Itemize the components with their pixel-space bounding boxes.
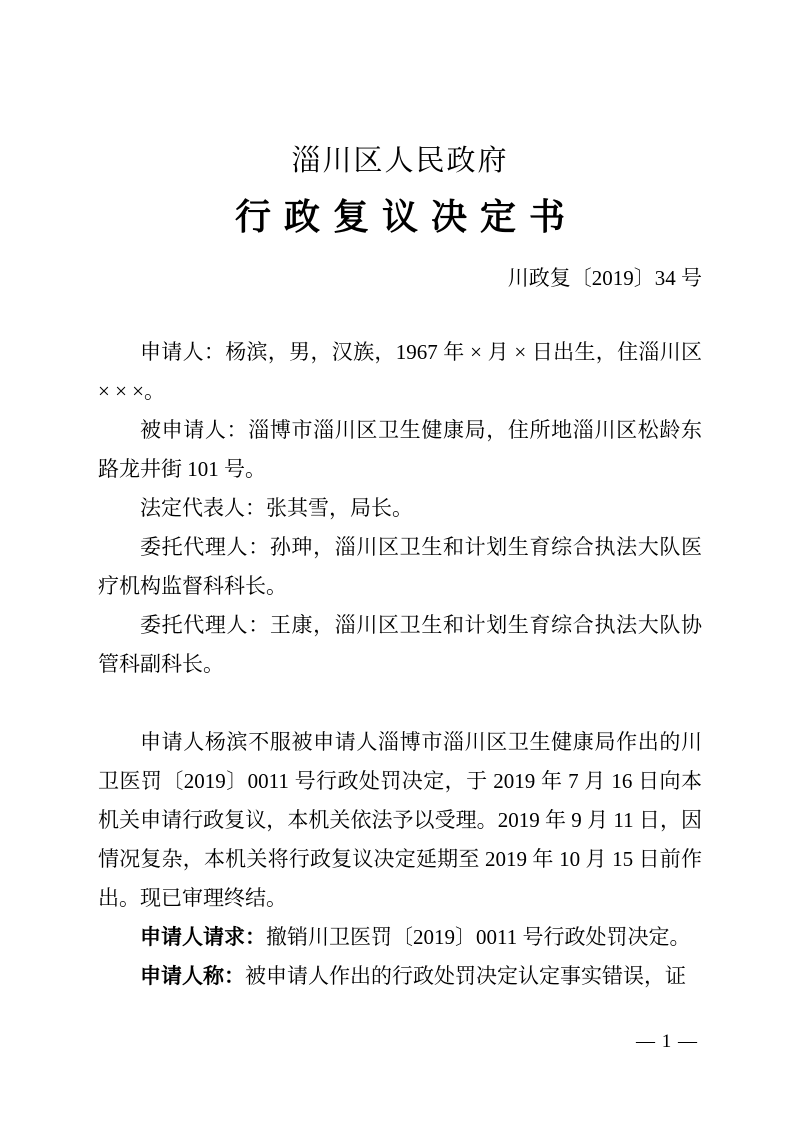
document-number: 川政复〔2019〕34 号 — [98, 263, 702, 293]
document-content: 淄川区人民政府 行政复议决定书 川政复〔2019〕34 号 申请人：杨滨，男，汉… — [0, 0, 794, 996]
paragraph-applicant-claim-label: 申请人称： — [140, 965, 245, 988]
paragraph-respondent: 被申请人：淄博市淄川区卫生健康局，住所地淄川区松龄东路龙井街 101 号。 — [98, 411, 702, 489]
paragraph-respondent-label: 被申请人： — [140, 418, 248, 442]
paragraph-legal-representative-text: 张其雪，局长。 — [266, 496, 413, 520]
document-title: 行政复议决定书 — [98, 193, 702, 241]
paragraph-agent-1: 委托代理人：孙珅，淄川区卫生和计划生育综合执法大队医疗机构监督科科长。 — [98, 528, 702, 606]
paragraph-agent-2: 委托代理人：王康，淄川区卫生和计划生育综合执法大队协管科副科长。 — [98, 606, 702, 684]
document-body: 申请人：杨滨，男，汉族，1967 年 × 月 × 日出生，住淄川区 × × ×。… — [98, 333, 702, 996]
paragraph-applicant-request: 申请人请求：撤销川卫医罚〔2019〕0011 号行政处罚决定。 — [98, 918, 702, 957]
paragraph-legal-representative: 法定代表人：张其雪，局长。 — [98, 489, 702, 528]
paragraph-applicant-request-label: 申请人请求： — [140, 926, 266, 949]
page-number: — 1 — — [636, 1030, 698, 1054]
paragraph-agent-1-label: 委托代理人： — [140, 535, 270, 559]
document-page: 淄川区人民政府 行政复议决定书 川政复〔2019〕34 号 申请人：杨滨，男，汉… — [0, 0, 794, 1123]
paragraph-applicant-label: 申请人： — [140, 340, 225, 364]
paragraph-case-summary-text: 申请人杨滨不服被申请人淄博市淄川区卫生健康局作出的川卫医罚〔2019〕0011 … — [98, 730, 702, 910]
issuing-authority-title: 淄川区人民政府 — [98, 143, 702, 179]
paragraph-applicant: 申请人：杨滨，男，汉族，1967 年 × 月 × 日出生，住淄川区 × × ×。 — [98, 333, 702, 411]
paragraph-case-summary: 申请人杨滨不服被申请人淄博市淄川区卫生健康局作出的川卫医罚〔2019〕0011 … — [98, 723, 702, 918]
paragraph-legal-representative-label: 法定代表人： — [140, 496, 266, 520]
paragraph-agent-2-label: 委托代理人： — [140, 613, 270, 637]
paragraph-applicant-claim: 申请人称：被申请人作出的行政处罚决定认定事实错误，证 — [98, 957, 702, 996]
paragraph-applicant-request-text: 撤销川卫医罚〔2019〕0011 号行政处罚决定。 — [266, 925, 690, 949]
paragraph-applicant-claim-text: 被申请人作出的行政处罚决定认定事实错误，证 — [245, 964, 686, 988]
